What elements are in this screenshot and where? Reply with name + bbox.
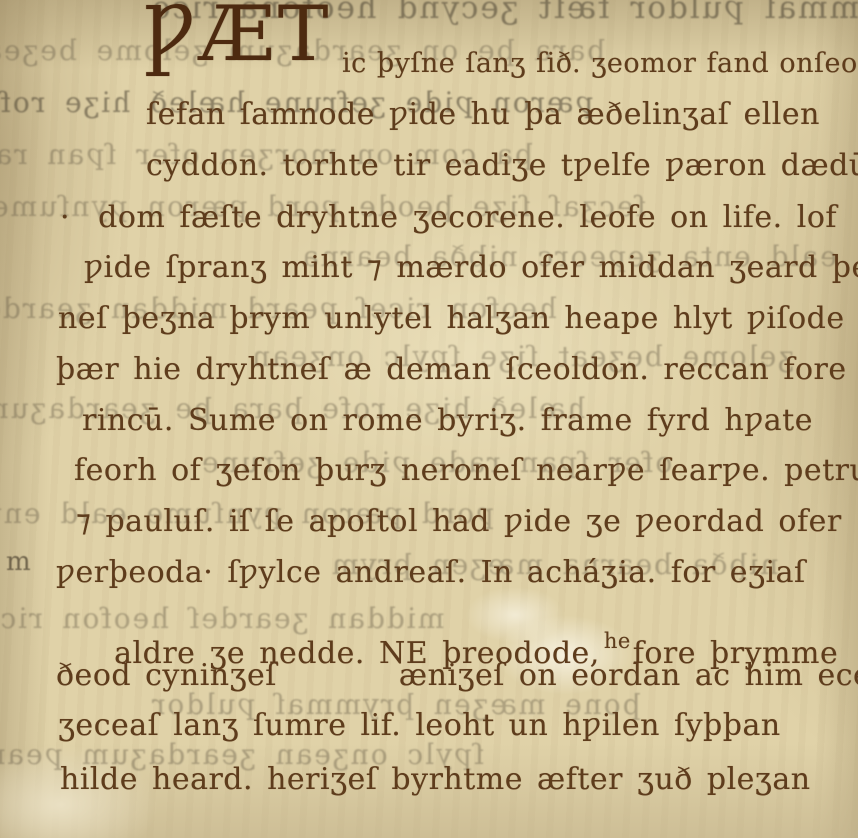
initial-word: ǷÆT (142, 0, 331, 72)
manuscript-line: neſ þeʒna þrym unlytel halʒan heape hlyt… (58, 304, 845, 334)
manuscript-line: feorh of ʒefon þurʒ neroneſ nearƿe ſearƿ… (74, 456, 858, 486)
manuscript-line: ðeod cyninʒeſ æniʒeſ on eordan ac him ec… (56, 661, 858, 691)
manuscript-page: ſƿylce þone mæʒen þrymmaſ ƿuldor fæſt ʒe… (0, 0, 858, 838)
manuscript-line: cyddon. torhte tir eadiʒe tƿelfe ƿæron d… (146, 151, 858, 181)
manuscript-line: ic þyſne ſanʒ ſið. ʒeomor fand onſeocū (342, 50, 858, 77)
manuscript-line: rincū. Sume on rome byriʒ. frame fyrd hƿ… (82, 406, 813, 436)
manuscript-line: ſefan ſamnode ƿide hu þa æðelinʒaſ ellen (146, 100, 820, 130)
manuscript-line: ƿide ſpranʒ miht ⁊ mærdo ofer middan ʒea… (84, 253, 858, 283)
manuscript-line: þær hie dryhtneſ æ deman ſceoldon. recca… (56, 355, 847, 385)
margin-mark: m (6, 547, 31, 577)
manuscript-line: ʒeceaſ lanʒ ſumre lif. leoht un hƿilen ſ… (58, 711, 781, 741)
manuscript-line: hilde heard. heriʒeſ byrhtme æfter ʒuð p… (60, 765, 811, 795)
manuscript-line: ⁊ pauluſ. iſ ſe apoſtol had ƿide ʒe ƿeor… (76, 507, 842, 537)
manuscript-line: ƿerþeoda· ſƿylce andreaſ. In acháʒia. fo… (56, 558, 806, 588)
interlinear-insertion: he (604, 629, 631, 653)
manuscript-line: · dom fæſte dryhtne ʒecorene. leofe on l… (60, 203, 837, 233)
